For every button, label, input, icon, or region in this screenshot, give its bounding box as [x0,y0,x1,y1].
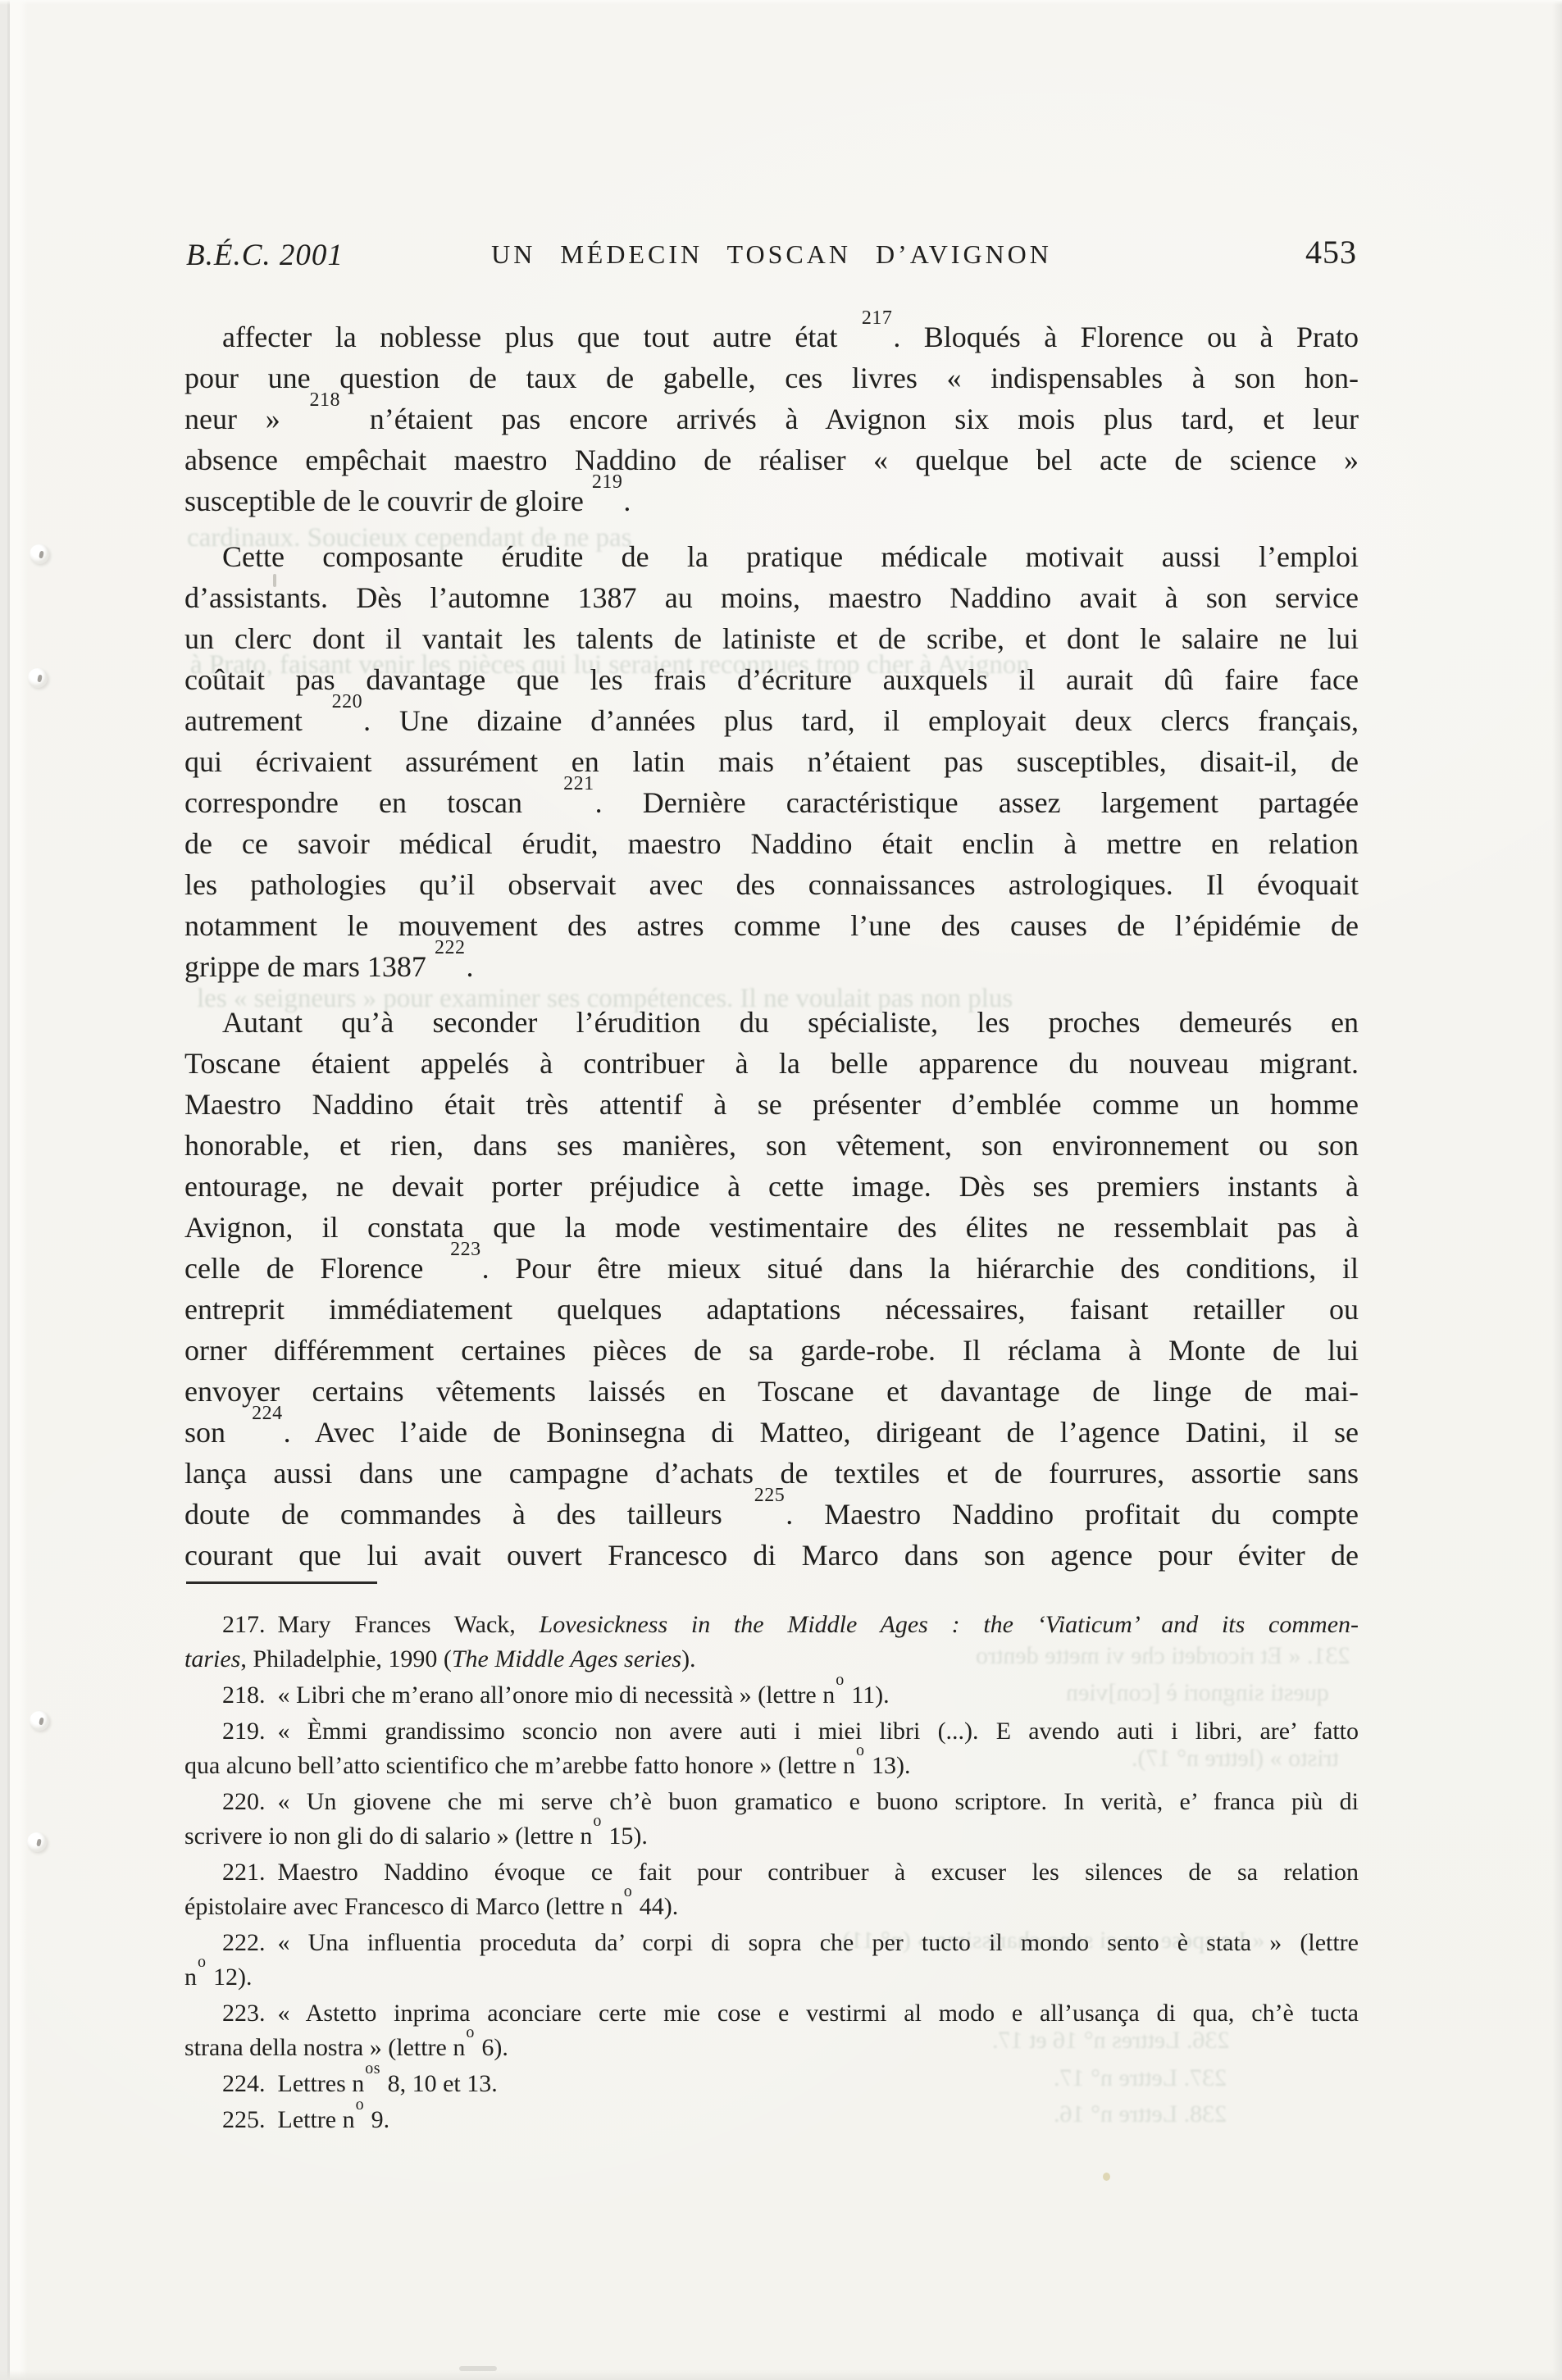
page-left-edge [0,0,28,2380]
footnote-segment: 220. « Un giovene che mi serve ch’è buon… [222,1788,1359,1815]
footnote-line: 219. « Èmmi grandissimo sconcio non aver… [184,1714,1359,1749]
text-line: absence empêchait maestro Naddino de réa… [184,439,1359,480]
footnote-line: no 12). [184,1960,1359,1995]
footnote-segment: 219. « Èmmi grandissimo sconcio non aver… [222,1718,1359,1745]
footnote-marker: o [836,1671,845,1689]
text-line: honorable, et rien, dans ses manières, s… [184,1125,1359,1166]
footnote: 222. « Una influentia proceduta da’ corp… [184,1926,1359,1995]
page-right-edge [1552,0,1562,2380]
footnote-marker: o [856,1741,865,1759]
text-line: envoyer certains vêtements laissés en To… [184,1371,1359,1412]
text-line: entreprit immédiatement quelques adaptat… [184,1289,1359,1330]
footnote-segment: scrivere io non gli do di salario » (let… [184,1823,648,1850]
paragraph: affecter la noblesse plus que tout autre… [184,316,1359,521]
punch-mark [28,668,48,688]
page-bottom-edge [0,2370,1562,2380]
running-head: B.É.C. 2001 UN MÉDECIN TOSCAN D’AVIGNON … [184,236,1359,274]
text-line: notamment le mouvement des astres comme … [184,905,1359,946]
footnote-line: strana della nostra » (lettre no 6). [184,2031,1359,2065]
footnote-marker: o [198,1953,207,1971]
footnote-segment: 217. Mary Frances Wack, [222,1611,540,1638]
text-line: son 224. Avec l’aide de Boninsegna di Ma… [184,1412,1359,1453]
footnote-segment: 221. Maestro Naddino évoque ce fait pour… [222,1859,1359,1886]
footnote-marker: o [624,1882,633,1900]
text-line: Cette composante érudite de la pratique … [184,536,1359,577]
text-line: correspondre en toscan 221. Dernière car… [184,782,1359,823]
text-line: orner différemment certaines pièces de s… [184,1330,1359,1371]
footnote: 225. Lettre no 9. [184,2103,1359,2137]
footnote-marker: o [356,2096,365,2114]
footnote-line: qua alcuno bell’atto scientifico che m’a… [184,1749,1359,1783]
paper-speck [1103,2173,1110,2181]
footnote-segment: qua alcuno bell’atto scientifico che m’a… [184,1752,910,1779]
page-number: 453 [1305,233,1357,271]
footnote-segment: 223. « Astetto inprima aconciare certe m… [222,2000,1359,2027]
paragraph: Autant qu’à seconder l’érudition du spéc… [184,1002,1359,1576]
footnote-segment: 222. « Una influentia proceduta da’ corp… [222,1929,1359,1956]
text-line: un clerc dont il vantait les talents de … [184,618,1359,659]
footnote-marker: o [466,2023,475,2041]
footnote-line: 217. Mary Frances Wack, Lovesickness in … [184,1608,1359,1642]
footnote-marker: 217 [862,307,893,329]
footnote-segment: no 12). [184,1964,253,1991]
paragraph: Cette composante érudite de la pratique … [184,536,1359,987]
footnote-marker: 221 [563,773,594,794]
punch-mark [27,1832,47,1852]
footnote: 218. « Libri che m’erano all’onore mio d… [184,1678,1359,1713]
footnote-marker: o [593,1812,602,1830]
footnote-marker: 223 [450,1239,481,1260]
punch-mark [30,544,49,564]
body-text: affecter la noblesse plus que tout autre… [184,316,1359,1590]
footnote-line: épistolaire avec Francesco di Marco (let… [184,1890,1359,1924]
text-line: entourage, ne devait porter préjudice à … [184,1166,1359,1207]
footnote-line: 222. « Una influentia proceduta da’ corp… [184,1926,1359,1960]
text-line: Maestro Naddino était très attentif à se… [184,1084,1359,1125]
footnote-line: 221. Maestro Naddino évoque ce fait pour… [184,1855,1359,1890]
footnote: 220. « Un giovene che mi serve ch’è buon… [184,1785,1359,1854]
footnote-segment: 224. Lettres nos 8, 10 et 13. [222,2070,498,2097]
footnote: 219. « Èmmi grandissimo sconcio non aver… [184,1714,1359,1783]
footnote-marker: 225 [754,1485,786,1506]
text-line: les pathologies qu’il observait avec des… [184,864,1359,905]
footnote-line: scrivere io non gli do di salario » (let… [184,1819,1359,1854]
page-top-edge [0,0,1562,5]
footnote-segment: strana della nostra » (lettre no 6). [184,2034,508,2061]
text-line: courant que lui avait ouvert Francesco d… [184,1535,1359,1576]
scanned-page: { "header": { "journal": "B.É.C. 2001", … [0,0,1562,2380]
footnote-rule [186,1581,377,1584]
footnote-segment: ). [681,1645,696,1672]
text-line: neur » 218 n’étaient pas encore arrivés … [184,398,1359,439]
text-line: Toscane étaient appelés à contribuer à l… [184,1043,1359,1084]
text-line: susceptible de le couvrir de gloire 219. [184,480,1359,521]
footnote-marker: 219 [592,471,623,493]
running-title: UN MÉDECIN TOSCAN D’AVIGNON [184,239,1359,270]
footnote-marker: 222 [435,937,466,958]
footnote-segment: épistolaire avec Francesco di Marco (let… [184,1893,678,1920]
text-line: pour une question de taux de gabelle, ce… [184,357,1359,398]
footnote-segment: Lovesickness in the Middle Ages : the ‘V… [540,1611,1359,1638]
footnote-segment: taries [184,1645,240,1672]
footnote-marker: 218 [309,389,340,411]
footnote-line: 225. Lettre no 9. [184,2103,1359,2137]
text-line: affecter la noblesse plus que tout autre… [184,316,1359,357]
footnote-marker: os [365,2059,380,2077]
footnote-segment: , Philadelphie, 1990 ( [240,1645,451,1672]
text-line: celle de Florence 223. Pour être mieux s… [184,1248,1359,1289]
footnote-marker: 220 [332,691,363,712]
text-line: Avignon, il constata que la mode vestime… [184,1207,1359,1248]
text-line: doute de commandes à des tailleurs 225. … [184,1494,1359,1535]
footnote-segment: 225. Lettre no 9. [222,2106,389,2133]
footnote-line: 218. « Libri che m’erano all’onore mio d… [184,1678,1359,1713]
punch-mark [30,1711,49,1731]
footnote-segment: The Middle Ages series [452,1645,681,1672]
footnote: 221. Maestro Naddino évoque ce fait pour… [184,1855,1359,1924]
footnote-segment: 218. « Libri che m’erano all’onore mio d… [222,1681,890,1709]
text-line: qui écrivaient assurément en latin mais … [184,741,1359,782]
text-line: Autant qu’à seconder l’érudition du spéc… [184,1002,1359,1043]
footnote-line: 220. « Un giovene che mi serve ch’è buon… [184,1785,1359,1819]
text-line: d’assistants. Dès l’automne 1387 au moin… [184,577,1359,618]
footnote: 217. Mary Frances Wack, Lovesickness in … [184,1608,1359,1677]
footnote-marker: 224 [252,1403,283,1424]
text-line: de ce savoir médical érudit, maestro Nad… [184,823,1359,864]
text-line: grippe de mars 1387 222. [184,946,1359,987]
footnote-line: 223. « Astetto inprima aconciare certe m… [184,1996,1359,2031]
paper-speck [459,2366,497,2371]
footnote-line: taries, Philadelphie, 1990 (The Middle A… [184,1642,1359,1677]
footnote: 223. « Astetto inprima aconciare certe m… [184,1996,1359,2065]
text-line: autrement 220. Une dizaine d’années plus… [184,700,1359,741]
footnotes: 217. Mary Frances Wack, Lovesickness in … [184,1608,1359,2139]
